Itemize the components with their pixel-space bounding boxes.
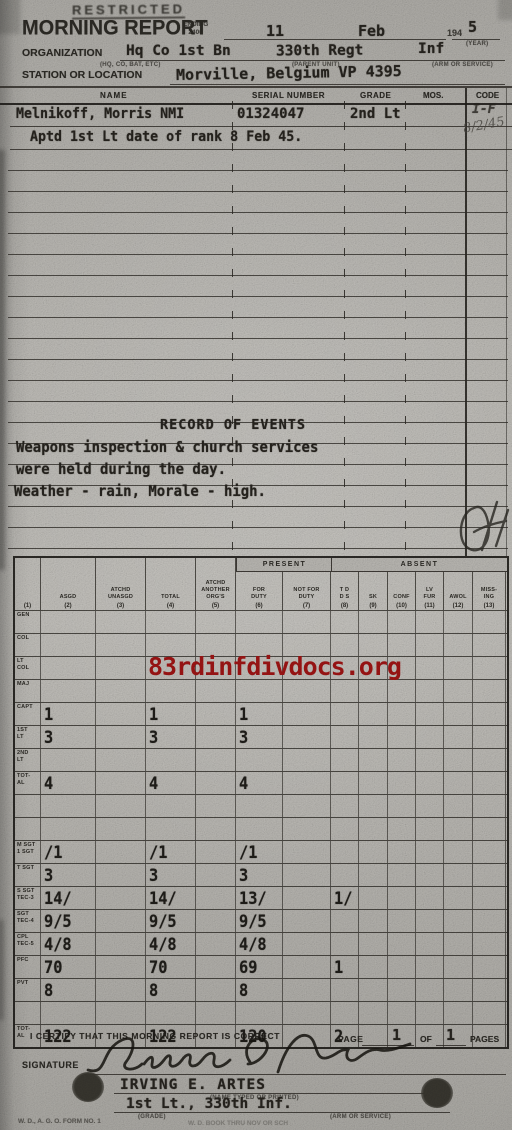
strength-column-header: ASGD (2) <box>41 558 96 610</box>
strength-row: GEN <box>15 610 507 633</box>
strength-row: PFC 70 70 69 1 <box>15 955 507 978</box>
arm-sub-label-top: (ARM OR SERVICE) <box>432 62 493 68</box>
page-title: MORNING REPORT <box>22 16 208 40</box>
column-number: (3) <box>117 603 124 609</box>
rank-label: CAPT <box>15 703 40 711</box>
column-label: NOT FOR DUTY <box>293 587 319 601</box>
strength-column-header: TOTAL (4) <box>146 558 196 610</box>
handwritten-signature <box>82 1026 422 1082</box>
station-underline <box>170 84 505 85</box>
organization-sub-label: (HQ, CO, BAT, ETC) <box>100 62 161 68</box>
roster-col-grade: GRADE <box>360 91 391 100</box>
archive-watermark: 83rdinfdivdocs.org <box>148 652 401 681</box>
punch-hole-right <box>421 1078 453 1108</box>
column-label: CONF <box>393 594 409 601</box>
strength-row: MAJ <box>15 679 507 702</box>
rank-label: MAJ <box>15 680 40 688</box>
roster-header: NAME SERIAL NUMBER GRADE MOS. CODE <box>0 88 512 105</box>
organization-value: Hq Co 1st Bn <box>126 43 231 59</box>
record-line-1: Weapons inspection & church services <box>16 438 318 456</box>
form-footnote: W. D. BOOK THRU NOV OR SCH <box>188 1120 288 1127</box>
column-label: LV FUR <box>424 587 436 601</box>
rank-label: T SGT <box>15 864 40 872</box>
column-label: FOR DUTY <box>251 587 267 601</box>
column-number: (2) <box>64 603 71 609</box>
present-group-header: PRESENT <box>236 558 332 572</box>
year-sub-label: (YEAR) <box>466 41 488 47</box>
scan-corner-artifact <box>0 0 20 34</box>
parent-unit-value: 330th Regt <box>276 43 363 60</box>
form-number: W. D., A. G. O. FORM NO. 1 <box>18 1118 101 1125</box>
column-number: (4) <box>167 603 174 609</box>
rank-label: 1ST LT <box>15 726 40 740</box>
rank-label <box>15 795 40 796</box>
roster-entry-serial: 01324047 <box>237 106 304 122</box>
punch-hole-left <box>72 1072 104 1102</box>
grade-underline <box>114 1112 450 1113</box>
strength-row: SGT TEC-4 9/5 9/5 9/5 <box>15 909 507 932</box>
roster-rule <box>10 126 512 127</box>
date-underline <box>224 39 446 40</box>
absent-group-header: ABSENT <box>331 558 507 572</box>
column-label: MISS- ING <box>481 587 497 601</box>
column-label: AWOL <box>449 594 466 601</box>
rank-label: 2ND LT <box>15 749 40 763</box>
arm-value: Inf <box>418 41 444 57</box>
rank-label: S SGT TEC-3 <box>15 887 40 901</box>
organization-underline <box>120 60 505 61</box>
strength-row <box>15 1001 507 1024</box>
grade-sub-label: (GRADE) <box>138 1114 166 1120</box>
strength-table: (1) ASGD (2) ATCHD UNASGD (3) TOTAL (4) <box>13 556 509 1049</box>
signature-label: SIGNATURE <box>22 1060 79 1070</box>
column-label: ATCHD UNASGD <box>108 587 133 601</box>
rank-label: PVT <box>15 979 40 987</box>
organization-label: ORGANIZATION <box>22 47 102 59</box>
strength-row: 1ST LT 3 3 3 <box>15 725 507 748</box>
roster-entry-code: I-F <box>472 102 495 117</box>
strength-row <box>15 817 507 840</box>
grade-line-typed: 1st Lt., 330th Inf. <box>126 1096 292 1112</box>
strength-row: S SGT TEC-3 14/ 14/ 13/ 1/ <box>15 886 507 909</box>
column-number: (7) <box>303 603 310 609</box>
record-of-events-title: RECORD OF EVENTS <box>160 417 306 433</box>
column-label: T D D S <box>340 587 350 601</box>
rank-label: LT COL <box>15 657 40 671</box>
arm-sub-label-bottom: (ARM OR SERVICE) <box>330 1114 391 1120</box>
strength-row: T SGT 3 3 3 <box>15 863 507 886</box>
report-date-year-digit: 5 <box>468 18 477 36</box>
strength-column-header: ATCHD UNASGD (3) <box>96 558 146 610</box>
column-label: SK <box>369 594 377 601</box>
column-number: (13) <box>484 603 495 609</box>
rank-label <box>15 818 40 819</box>
pages-underline <box>436 1045 466 1046</box>
strength-row: M SGT 1 SGT /1 /1 /1 <box>15 840 507 863</box>
rank-label: M SGT 1 SGT <box>15 841 40 855</box>
ending-2400-label: ENDING 2400 <box>183 21 208 38</box>
roster-entry-grade: 2nd Lt <box>350 106 401 122</box>
strength-row <box>15 794 507 817</box>
handwritten-initials-mark <box>452 496 510 558</box>
rank-label <box>15 1002 40 1003</box>
rank-label: GEN <box>15 611 40 619</box>
strength-row: CPL TEC-5 4/8 4/8 4/8 <box>15 932 507 955</box>
handwritten-date-note: 8/2/45 <box>462 114 506 136</box>
scan-edge-artifact <box>0 150 5 570</box>
record-line-2: were held during the day. <box>16 460 226 478</box>
strength-column-header: ATCHD ANOTHER ORG'S (5) <box>196 558 236 610</box>
scan-edge-artifact <box>0 920 4 1020</box>
station-label: STATION OR LOCATION <box>22 69 142 81</box>
name-underline <box>114 1093 450 1094</box>
column-number: (11) <box>424 603 434 609</box>
roster-col-name: NAME <box>100 91 128 100</box>
rank-label: COL <box>15 634 40 642</box>
year-underline <box>452 39 500 40</box>
roster-col-code: CODE <box>476 91 499 100</box>
column-label: ASGD <box>60 594 77 601</box>
pages-total: 1 <box>446 1026 455 1044</box>
pages-label: PAGES <box>470 1034 499 1044</box>
roster-entry-name: Melnikoff, Morris NMI <box>16 106 184 122</box>
strength-row: TOT- AL 4 4 4 <box>15 771 507 794</box>
rank-label: CPL TEC-5 <box>15 933 40 947</box>
column-label: ATCHD ANOTHER ORG'S <box>201 580 230 601</box>
roster-col-serial: SERIAL NUMBER <box>252 91 325 100</box>
strength-row: PVT 8 8 8 <box>15 978 507 1001</box>
roster-entry-note: Aptd 1st Lt date of rank 8 Feb 45. <box>30 129 302 145</box>
column-number: (5) <box>212 603 219 609</box>
column-label: TOTAL <box>161 594 180 601</box>
rank-label: PFC <box>15 956 40 964</box>
column-number: (6) <box>255 603 262 609</box>
scan-corner-artifact <box>498 0 512 20</box>
roster-col-mos: MOS. <box>423 91 443 100</box>
rank-label: SGT TEC-4 <box>15 910 40 924</box>
strength-row: CAPT 1 1 1 <box>15 702 507 725</box>
record-line-3: Weather - rain, Morale - high. <box>14 482 266 500</box>
column-number: (12) <box>453 603 464 609</box>
rank-label: TOT- AL <box>15 772 40 786</box>
strength-row: 2ND LT <box>15 748 507 771</box>
column-number: (8) <box>341 603 348 609</box>
report-date-day: 11 <box>266 22 284 40</box>
report-date-month: Feb <box>358 22 385 40</box>
column-number: (1) <box>24 603 31 609</box>
column-number: (9) <box>369 603 376 609</box>
station-value: Morville, Belgium VP 4395 <box>176 62 402 84</box>
year-prefix: 194 <box>447 28 462 38</box>
morning-report-scan: RESTRICTED MORNING REPORT ENDING 2400 11… <box>0 0 512 1130</box>
strength-column-header: (1) <box>15 558 41 610</box>
column-number: (10) <box>396 603 407 609</box>
